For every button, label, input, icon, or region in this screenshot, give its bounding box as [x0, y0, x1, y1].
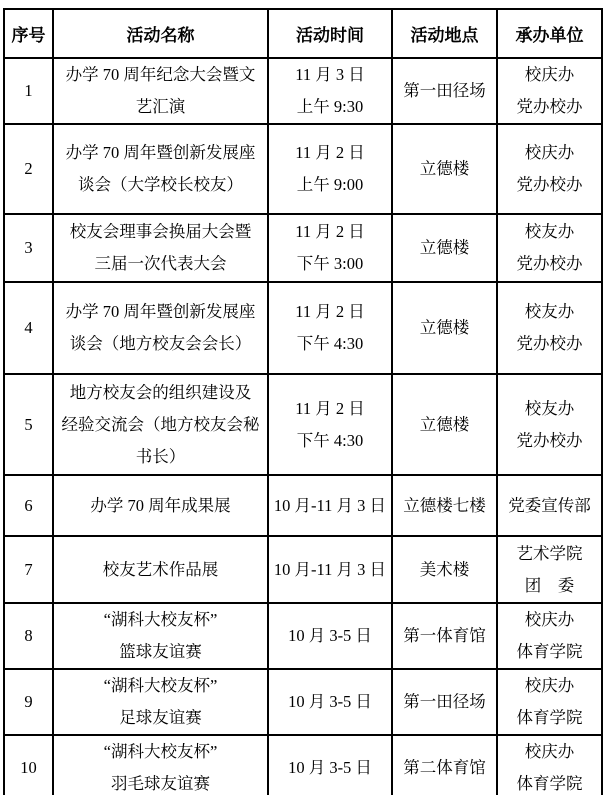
text-line: 党办校办 — [498, 328, 601, 360]
cell-activity-name: 办学 70 周年暨创新发展座 谈会（大学校长校友） — [53, 124, 268, 214]
cell-organizer: 校友办 党办校办 — [497, 214, 602, 282]
cell-serial-number: 4 — [4, 282, 53, 374]
cell-activity-name: 校友艺术作品展 — [53, 536, 268, 603]
text-line: 校庆办 — [498, 736, 601, 768]
header-activity-time: 活动时间 — [268, 9, 392, 58]
text-line: 办学 70 周年暨创新发展座 — [54, 296, 267, 328]
text-line: 办学 70 周年纪念大会暨文 — [54, 59, 267, 91]
header-organizer: 承办单位 — [497, 9, 602, 58]
cell-activity-place: 美术楼 — [392, 536, 497, 603]
text-line: 10 月-11 月 3 日 — [269, 490, 391, 522]
cell-activity-time: 10 月 3-5 日 — [268, 669, 392, 735]
text-line: 美术楼 — [393, 554, 496, 586]
text-line: 党办校办 — [498, 169, 601, 201]
cell-serial-number: 10 — [4, 735, 53, 795]
text-line: 校友艺术作品展 — [54, 554, 267, 586]
cell-activity-place: 第一田径场 — [392, 669, 497, 735]
text-line: 书长） — [54, 441, 267, 473]
text-line: 立德楼 — [393, 312, 496, 344]
text-line: 立德楼 — [393, 409, 496, 441]
text-line: 11 月 2 日 — [269, 393, 391, 425]
table-row: 9 “湖科大校友杯” 足球友谊赛 10 月 3-5 日 第一田径场 校庆办 体育… — [4, 669, 602, 735]
text-line: 第一田径场 — [393, 686, 496, 718]
cell-activity-name: “湖科大校友杯” 足球友谊赛 — [53, 669, 268, 735]
cell-organizer: 校庆办 体育学院 — [497, 669, 602, 735]
cell-activity-name: 办学 70 周年纪念大会暨文 艺汇演 — [53, 58, 268, 124]
text-line: 下午 4:30 — [269, 328, 391, 360]
cell-serial-number: 1 — [4, 58, 53, 124]
cell-organizer: 校庆办 党办校办 — [497, 58, 602, 124]
cell-activity-place: 立德楼 — [392, 282, 497, 374]
cell-activity-place: 第一体育馆 — [392, 603, 497, 669]
cell-activity-time: 11 月 3 日 上午 9:30 — [268, 58, 392, 124]
cell-activity-time: 10 月-11 月 3 日 — [268, 536, 392, 603]
text-line: 11 月 2 日 — [269, 137, 391, 169]
text-line: 下午 3:00 — [269, 248, 391, 280]
text-line: 体育学院 — [498, 702, 601, 734]
cell-activity-time: 11 月 2 日 下午 3:00 — [268, 214, 392, 282]
cell-activity-place: 立德楼 — [392, 214, 497, 282]
header-activity-name: 活动名称 — [53, 9, 268, 58]
table-row: 4 办学 70 周年暨创新发展座 谈会（地方校友会会长） 11 月 2 日 下午… — [4, 282, 602, 374]
text-line: 11 月 3 日 — [269, 59, 391, 91]
cell-organizer: 党委宣传部 — [497, 475, 602, 536]
text-line: 党办校办 — [498, 91, 601, 123]
text-line: 立德楼 — [393, 153, 496, 185]
cell-activity-time: 11 月 2 日 上午 9:00 — [268, 124, 392, 214]
table-row: 7 校友艺术作品展 10 月-11 月 3 日 美术楼 艺术学院 团 委 — [4, 536, 602, 603]
cell-activity-place: 立德楼 — [392, 374, 497, 475]
text-line: 5 — [5, 409, 52, 441]
cell-serial-number: 3 — [4, 214, 53, 282]
cell-organizer: 校庆办 党办校办 — [497, 124, 602, 214]
text-line: 团 委 — [498, 570, 601, 602]
text-line: 第一体育馆 — [393, 620, 496, 652]
text-line: 10 月 3-5 日 — [269, 620, 391, 652]
cell-activity-name: 地方校友会的组织建设及 经验交流会（地方校友会秘 书长） — [53, 374, 268, 475]
text-line: 办学 70 周年暨创新发展座 — [54, 137, 267, 169]
cell-serial-number: 5 — [4, 374, 53, 475]
cell-organizer: 校友办 党办校办 — [497, 374, 602, 475]
text-line: 下午 4:30 — [269, 425, 391, 457]
text-line: 1 — [5, 75, 52, 107]
cell-activity-place: 第一田径场 — [392, 58, 497, 124]
text-line: 校友办 — [498, 216, 601, 248]
text-line: 艺汇演 — [54, 91, 267, 123]
text-line: 立德楼七楼 — [393, 490, 496, 522]
text-line: 校庆办 — [498, 670, 601, 702]
cell-activity-name: 办学 70 周年暨创新发展座 谈会（地方校友会会长） — [53, 282, 268, 374]
text-line: 8 — [5, 620, 52, 652]
cell-activity-time: 10 月-11 月 3 日 — [268, 475, 392, 536]
header-row: 序号 活动名称 活动时间 活动地点 承办单位 — [4, 9, 602, 58]
text-line: “湖科大校友杯” — [54, 736, 267, 768]
text-line: “湖科大校友杯” — [54, 670, 267, 702]
text-line: 羽毛球友谊赛 — [54, 768, 267, 795]
cell-activity-time: 11 月 2 日 下午 4:30 — [268, 282, 392, 374]
text-line: 党办校办 — [498, 248, 601, 280]
cell-activity-place: 立德楼七楼 — [392, 475, 497, 536]
text-line: 地方校友会的组织建设及 — [54, 377, 267, 409]
text-line: 校友办 — [498, 393, 601, 425]
text-line: 校庆办 — [498, 59, 601, 91]
cell-activity-time: 10 月 3-5 日 — [268, 603, 392, 669]
cell-serial-number: 2 — [4, 124, 53, 214]
text-line: 党办校办 — [498, 425, 601, 457]
cell-organizer: 校友办 党办校办 — [497, 282, 602, 374]
text-line: 谈会（大学校长校友） — [54, 169, 267, 201]
text-line: 6 — [5, 490, 52, 522]
table-row: 6 办学 70 周年成果展 10 月-11 月 3 日 立德楼七楼 党委宣传部 — [4, 475, 602, 536]
cell-serial-number: 9 — [4, 669, 53, 735]
text-line: 校庆办 — [498, 137, 601, 169]
text-line: 足球友谊赛 — [54, 702, 267, 734]
text-line: 第二体育馆 — [393, 752, 496, 784]
text-line: 办学 70 周年成果展 — [54, 490, 267, 522]
cell-activity-place: 第二体育馆 — [392, 735, 497, 795]
header-serial-number: 序号 — [4, 9, 53, 58]
text-line: 校友办 — [498, 296, 601, 328]
cell-activity-name: “湖科大校友杯” 羽毛球友谊赛 — [53, 735, 268, 795]
text-line: 党委宣传部 — [498, 490, 601, 522]
text-line: 篮球友谊赛 — [54, 636, 267, 668]
text-line: 10 月 3-5 日 — [269, 686, 391, 718]
text-line: “湖科大校友杯” — [54, 604, 267, 636]
table-row: 8 “湖科大校友杯” 篮球友谊赛 10 月 3-5 日 第一体育馆 校庆办 体育… — [4, 603, 602, 669]
text-line: 7 — [5, 554, 52, 586]
text-line: 立德楼 — [393, 232, 496, 264]
text-line: 4 — [5, 312, 52, 344]
text-line: 10 月-11 月 3 日 — [269, 554, 391, 586]
text-line: 上午 9:30 — [269, 91, 391, 123]
text-line: 3 — [5, 232, 52, 264]
text-line: 9 — [5, 686, 52, 718]
cell-organizer: 校庆办 体育学院 — [497, 735, 602, 795]
table-row: 10 “湖科大校友杯” 羽毛球友谊赛 10 月 3-5 日 第二体育馆 校庆办 … — [4, 735, 602, 795]
text-line: 10 月 3-5 日 — [269, 752, 391, 784]
cell-activity-name: 办学 70 周年成果展 — [53, 475, 268, 536]
text-line: 校友会理事会换届大会暨 — [54, 216, 267, 248]
activity-schedule-table: 序号 活动名称 活动时间 活动地点 承办单位 1 办学 70 周年纪念大会暨文 … — [3, 8, 603, 795]
cell-serial-number: 7 — [4, 536, 53, 603]
text-line: 三届一次代表大会 — [54, 248, 267, 280]
cell-activity-name: 校友会理事会换届大会暨 三届一次代表大会 — [53, 214, 268, 282]
table-row: 2 办学 70 周年暨创新发展座 谈会（大学校长校友） 11 月 2 日 上午 … — [4, 124, 602, 214]
text-line: 2 — [5, 153, 52, 185]
cell-activity-time: 10 月 3-5 日 — [268, 735, 392, 795]
text-line: 经验交流会（地方校友会秘 — [54, 409, 267, 441]
cell-organizer: 校庆办 体育学院 — [497, 603, 602, 669]
page: 序号 活动名称 活动时间 活动地点 承办单位 1 办学 70 周年纪念大会暨文 … — [0, 0, 613, 795]
text-line: 艺术学院 — [498, 538, 601, 570]
header-activity-place: 活动地点 — [392, 9, 497, 58]
text-line: 上午 9:00 — [269, 169, 391, 201]
text-line: 谈会（地方校友会会长） — [54, 328, 267, 360]
text-line: 11 月 2 日 — [269, 216, 391, 248]
table-row: 1 办学 70 周年纪念大会暨文 艺汇演 11 月 3 日 上午 9:30 第一… — [4, 58, 602, 124]
text-line: 10 — [5, 752, 52, 784]
text-line: 校庆办 — [498, 604, 601, 636]
table-row: 3 校友会理事会换届大会暨 三届一次代表大会 11 月 2 日 下午 3:00 … — [4, 214, 602, 282]
cell-organizer: 艺术学院 团 委 — [497, 536, 602, 603]
cell-serial-number: 8 — [4, 603, 53, 669]
cell-activity-name: “湖科大校友杯” 篮球友谊赛 — [53, 603, 268, 669]
cell-activity-place: 立德楼 — [392, 124, 497, 214]
text-line: 11 月 2 日 — [269, 296, 391, 328]
table-row: 5 地方校友会的组织建设及 经验交流会（地方校友会秘 书长） 11 月 2 日 … — [4, 374, 602, 475]
text-line: 体育学院 — [498, 768, 601, 795]
text-line: 体育学院 — [498, 636, 601, 668]
cell-serial-number: 6 — [4, 475, 53, 536]
cell-activity-time: 11 月 2 日 下午 4:30 — [268, 374, 392, 475]
text-line: 第一田径场 — [393, 75, 496, 107]
